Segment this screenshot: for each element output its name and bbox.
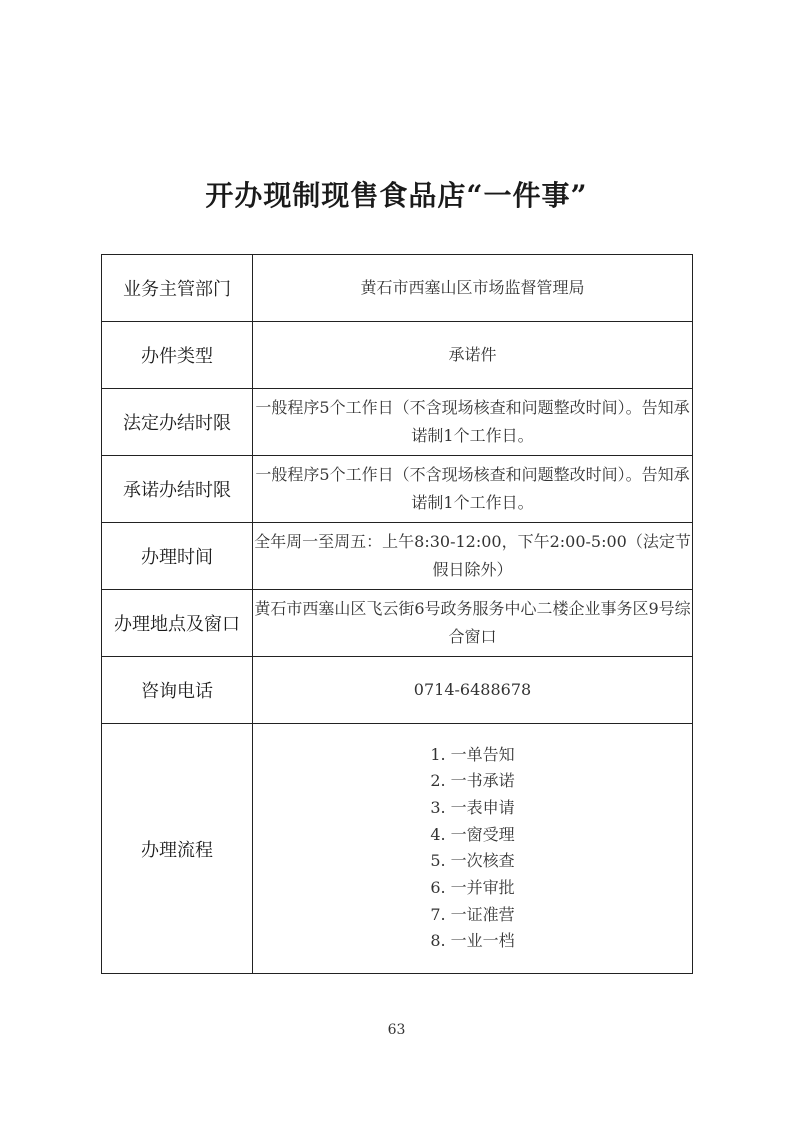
step-item: 2. 一书承诺 bbox=[430, 768, 514, 795]
table-row: 办理地点及窗口 黄石市西塞山区飞云街6号政务服务中心二楼企业事务区9号综合窗口 bbox=[102, 590, 693, 657]
row-label: 承诺办结时限 bbox=[102, 456, 253, 523]
step-item: 3. 一表申请 bbox=[430, 795, 514, 822]
row-label: 办理时间 bbox=[102, 523, 253, 590]
step-item: 1. 一单告知 bbox=[430, 742, 514, 769]
row-value: 黄石市西塞山区市场监督管理局 bbox=[253, 255, 693, 322]
row-value: 全年周一至周五：上午8:30-12:00，下午2:00-5:00（法定节假日除外… bbox=[253, 523, 693, 590]
row-value: 黄石市西塞山区飞云街6号政务服务中心二楼企业事务区9号综合窗口 bbox=[253, 590, 693, 657]
table-row: 法定办结时限 一般程序5个工作日（不含现场核查和问题整改时间）。告知承诺制1个工… bbox=[102, 389, 693, 456]
row-label: 业务主管部门 bbox=[102, 255, 253, 322]
table-row: 业务主管部门 黄石市西塞山区市场监督管理局 bbox=[102, 255, 693, 322]
process-steps: 1. 一单告知 2. 一书承诺 3. 一表申请 4. 一窗受理 5. 一次核查 … bbox=[430, 742, 514, 956]
step-item: 7. 一证准营 bbox=[430, 902, 514, 929]
row-value: 承诺件 bbox=[253, 322, 693, 389]
row-label: 法定办结时限 bbox=[102, 389, 253, 456]
table-row: 承诺办结时限 一般程序5个工作日（不含现场核查和问题整改时间）。告知承诺制1个工… bbox=[102, 456, 693, 523]
page-title: 开办现制现售食品店“一件事” bbox=[0, 174, 793, 214]
table-row: 办理时间 全年周一至周五：上午8:30-12:00，下午2:00-5:00（法定… bbox=[102, 523, 693, 590]
row-value-steps: 1. 一单告知 2. 一书承诺 3. 一表申请 4. 一窗受理 5. 一次核查 … bbox=[253, 724, 693, 974]
row-label: 咨询电话 bbox=[102, 657, 253, 724]
row-label: 办件类型 bbox=[102, 322, 253, 389]
row-value: 一般程序5个工作日（不含现场核查和问题整改时间）。告知承诺制1个工作日。 bbox=[253, 456, 693, 523]
table-row: 办件类型 承诺件 bbox=[102, 322, 693, 389]
page-number: 63 bbox=[0, 1022, 793, 1038]
row-label: 办理流程 bbox=[102, 724, 253, 974]
table-row: 咨询电话 0714-6488678 bbox=[102, 657, 693, 724]
step-item: 4. 一窗受理 bbox=[430, 822, 514, 849]
row-value: 一般程序5个工作日（不含现场核查和问题整改时间）。告知承诺制1个工作日。 bbox=[253, 389, 693, 456]
table-row: 办理流程 1. 一单告知 2. 一书承诺 3. 一表申请 4. 一窗受理 5. … bbox=[102, 724, 693, 974]
step-item: 6. 一并审批 bbox=[430, 875, 514, 902]
step-item: 8. 一业一档 bbox=[430, 928, 514, 955]
row-label: 办理地点及窗口 bbox=[102, 590, 253, 657]
info-table: 业务主管部门 黄石市西塞山区市场监督管理局 办件类型 承诺件 法定办结时限 一般… bbox=[101, 254, 693, 974]
step-item: 5. 一次核查 bbox=[430, 848, 514, 875]
row-value: 0714-6488678 bbox=[253, 657, 693, 724]
